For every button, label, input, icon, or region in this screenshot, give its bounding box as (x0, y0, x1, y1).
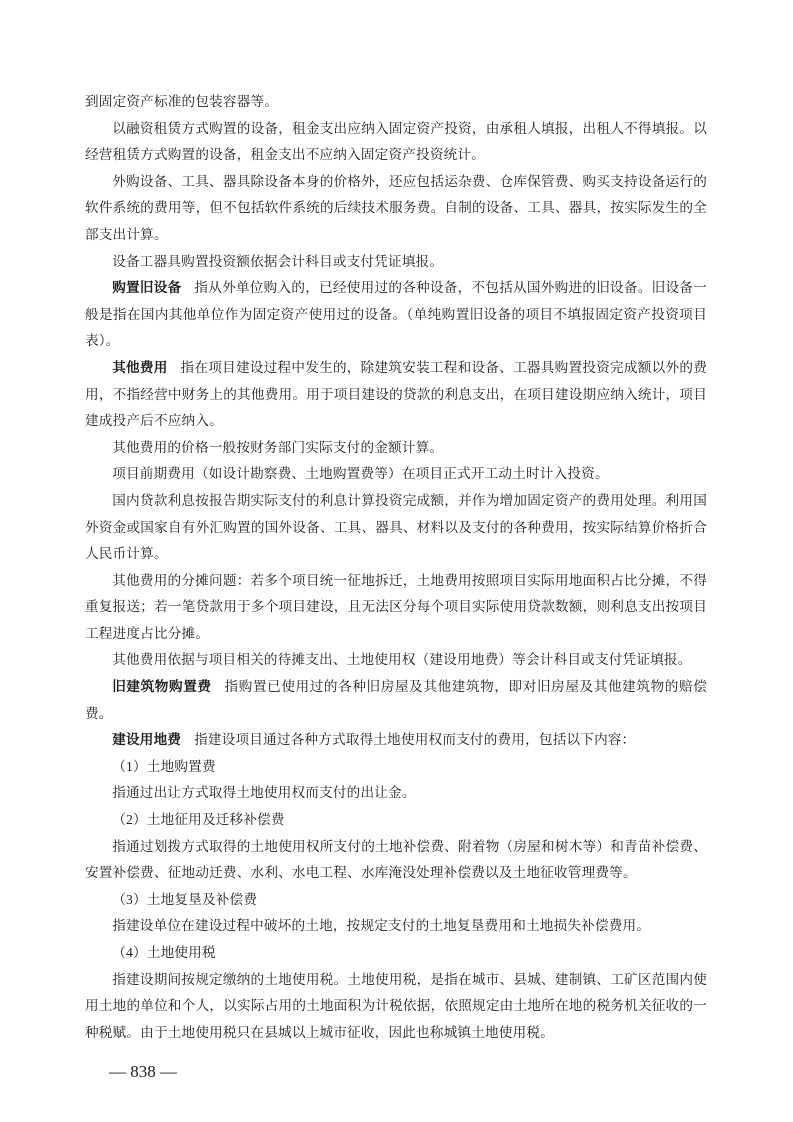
paragraph-text: 国内贷款利息按报告期实际支付的利息计算投资完成额，并作为增加固定资产的费用处理。… (85, 493, 707, 561)
paragraph: 其他费用依据与项目相关的待摊支出、土地使用权（建设用地费）等会计科目或支付凭证填… (85, 647, 707, 674)
paragraph: 外购设备、工具、器具除设备本身的价格外，还应包括运杂费、仓库保管费、购买支持设备… (85, 169, 707, 249)
document-body: 到固定资产标准的包装容器等。 以融资租赁方式购置的设备，租金支出应纳入固定资产投… (85, 89, 707, 1046)
paragraph-text: （3）土地复垦及补偿费 (112, 892, 257, 907)
paragraph-text: （4）土地使用税 (112, 945, 216, 960)
paragraph-text: 指通过出让方式取得土地使用权而支付的出让金。 (112, 785, 415, 800)
paragraph-text: 其他费用的分摊问题：若多个项目统一征地拆迁，土地费用按照项目实际用地面积占比分摊… (85, 573, 707, 641)
paragraph: 以融资租赁方式购置的设备，租金支出应纳入固定资产投资，由承租人填报，出租人不得填… (85, 116, 707, 169)
paragraph: （2）土地征用及迁移补偿费 (85, 807, 707, 834)
paragraph-text: 外购设备、工具、器具除设备本身的价格外，还应包括运杂费、仓库保管费、购买支持设备… (85, 174, 707, 242)
paragraph-term: 其他费用 (112, 360, 167, 375)
paragraph-text: 指建设期间按规定缴纳的土地使用税。土地使用税，是指在城市、县城、建制镇、工矿区范… (85, 972, 707, 1040)
paragraph: 指通过出让方式取得土地使用权而支付的出让金。 (85, 780, 707, 807)
paragraph-text: 设备工器具购置投资额依据会计科目或支付凭证填报。 (112, 254, 443, 269)
paragraph-text: 指在项目建设过程中发生的，除建筑安装工程和设备、工器具购置投资完成额以外的费用，… (85, 360, 707, 428)
paragraph-text: （1）土地购置费 (112, 759, 216, 774)
paragraph-text: 项目前期费用（如设计勘察费、土地购置费等）在项目正式开工动土时计入投资。 (112, 466, 609, 481)
paragraph-text: 指建设单位在建设过程中破坏的土地，按规定支付的土地复垦费用和土地损失补偿费用。 (112, 918, 650, 933)
document-page: 到固定资产标准的包装容器等。 以融资租赁方式购置的设备，租金支出应纳入固定资产投… (0, 0, 793, 1122)
paragraph: 设备工器具购置投资额依据会计科目或支付凭证填报。 (85, 249, 707, 276)
paragraph: （3）土地复垦及补偿费 (85, 887, 707, 914)
paragraph: 其他费用的分摊问题：若多个项目统一征地拆迁，土地费用按照项目实际用地面积占比分摊… (85, 568, 707, 648)
paragraph-text: 指通过划拨方式取得的土地使用权所支付的土地补偿费、附着物（房屋和树木等）和青苗补… (85, 839, 707, 881)
paragraph: 购置旧设备指从外单位购入的，已经使用过的各种设备，不包括从国外购进的旧设备。旧设… (85, 275, 707, 355)
paragraph: 指建设单位在建设过程中破坏的土地，按规定支付的土地复垦费用和土地损失补偿费用。 (85, 913, 707, 940)
paragraph: （4）土地使用税 (85, 940, 707, 967)
paragraph: （1）土地购置费 (85, 754, 707, 781)
paragraph-text: 其他费用依据与项目相关的待摊支出、土地使用权（建设用地费）等会计科目或支付凭证填… (112, 652, 691, 667)
paragraph: 其他费用的价格一般按财务部门实际支付的金额计算。 (85, 435, 707, 462)
paragraph-term: 建设用地费 (112, 732, 181, 747)
paragraph-text: （2）土地征用及迁移补偿费 (112, 812, 285, 827)
paragraph-text: 以融资租赁方式购置的设备，租金支出应纳入固定资产投资，由承租人填报，出租人不得填… (85, 121, 707, 163)
paragraph: 建设用地费指建设项目通过各种方式取得土地使用权而支付的费用，包括以下内容： (85, 727, 707, 754)
paragraph: 指通过划拨方式取得的土地使用权所支付的土地补偿费、附着物（房屋和树木等）和青苗补… (85, 834, 707, 887)
paragraph-term: 旧建筑物购置费 (112, 679, 211, 694)
paragraph-text: 其他费用的价格一般按财务部门实际支付的金额计算。 (112, 440, 443, 455)
paragraph: 指建设期间按规定缴纳的土地使用税。土地使用税，是指在城市、县城、建制镇、工矿区范… (85, 967, 707, 1047)
paragraph-text: 到固定资产标准的包装容器等。 (85, 94, 278, 109)
paragraph: 项目前期费用（如设计勘察费、土地购置费等）在项目正式开工动土时计入投资。 (85, 461, 707, 488)
paragraph: 国内贷款利息按报告期实际支付的利息计算投资完成额，并作为增加固定资产的费用处理。… (85, 488, 707, 568)
page-number: — 838 — (109, 1062, 177, 1081)
paragraph: 旧建筑物购置费指购置已使用过的各种旧房屋及其他建筑物，即对旧房屋及其他建筑物的赔… (85, 674, 707, 727)
page-footer: — 838 — (92, 1036, 177, 1108)
paragraph-text: 指建设项目通过各种方式取得土地使用权而支付的费用，包括以下内容： (194, 732, 635, 747)
paragraph: 到固定资产标准的包装容器等。 (85, 89, 707, 116)
paragraph: 其他费用指在项目建设过程中发生的，除建筑安装工程和设备、工器具购置投资完成额以外… (85, 355, 707, 435)
paragraph-term: 购置旧设备 (112, 280, 181, 295)
